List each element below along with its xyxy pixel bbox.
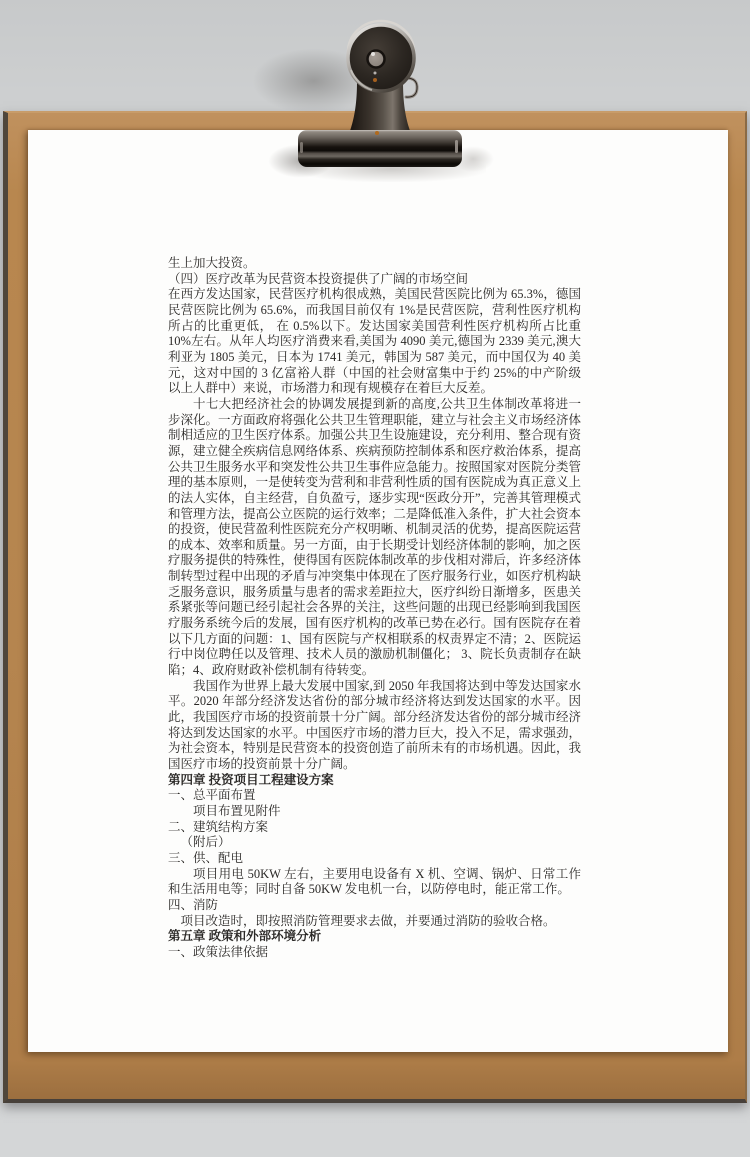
clip-bar-amber-glint <box>375 131 379 135</box>
paragraph: 二、建筑结构方案 <box>168 820 581 836</box>
paragraph: （附后） <box>168 835 581 851</box>
section-heading: 第五章 政策和外部环境分析 <box>168 929 581 945</box>
binder-clip-icon <box>276 12 482 174</box>
scene: 生上加大投资。（四）医疗改革为民营资本投资提供了广阔的市场空间在西方发达国家，民… <box>0 0 750 1157</box>
section-heading: 第四章 投资项目工程建设方案 <box>168 773 581 789</box>
paragraph: （四）医疗改革为民营资本投资提供了广阔的市场空间 <box>168 272 581 288</box>
clip-roller-hole <box>368 51 385 68</box>
paragraph: 项目改造时，即按照消防管理要求去做，并要通过消防的验收合格。 <box>168 914 581 930</box>
paragraph: 我国作为世界上最大发展中国家,到 2050 年我国将达到中等发达国家水平。202… <box>168 679 581 773</box>
paragraph: 一、政策法律依据 <box>168 945 581 961</box>
clip-bar <box>298 130 462 167</box>
document-paper: 生上加大投资。（四）医疗改革为民营资本投资提供了广阔的市场空间在西方发达国家，民… <box>28 130 728 1052</box>
clip-amber-glint <box>373 78 377 82</box>
document-text-block: 生上加大投资。（四）医疗改革为民营资本投资提供了广阔的市场空间在西方发达国家，民… <box>168 256 581 961</box>
paragraph: 在西方发达国家，民营医疗机构很成熟，美国民营医院比例为 65.3%，德国民营医院… <box>168 287 581 397</box>
paragraph: 四、消防 <box>168 898 581 914</box>
paragraph: 项目布置见附件 <box>168 804 581 820</box>
paragraph: 一、总平面布置 <box>168 788 581 804</box>
paragraph: 三、供、配电 <box>168 851 581 867</box>
paragraph: 生上加大投资。 <box>168 256 581 272</box>
paragraph: 十七大把经济社会的协调发展提到新的高度,公共卫生体制改革将进一步深化。一方面政府… <box>168 397 581 679</box>
paragraph: 项目用电 50KW 左右，主要用电设备有 X 机、空调、锅炉、日常工作和生活用电… <box>168 867 581 898</box>
